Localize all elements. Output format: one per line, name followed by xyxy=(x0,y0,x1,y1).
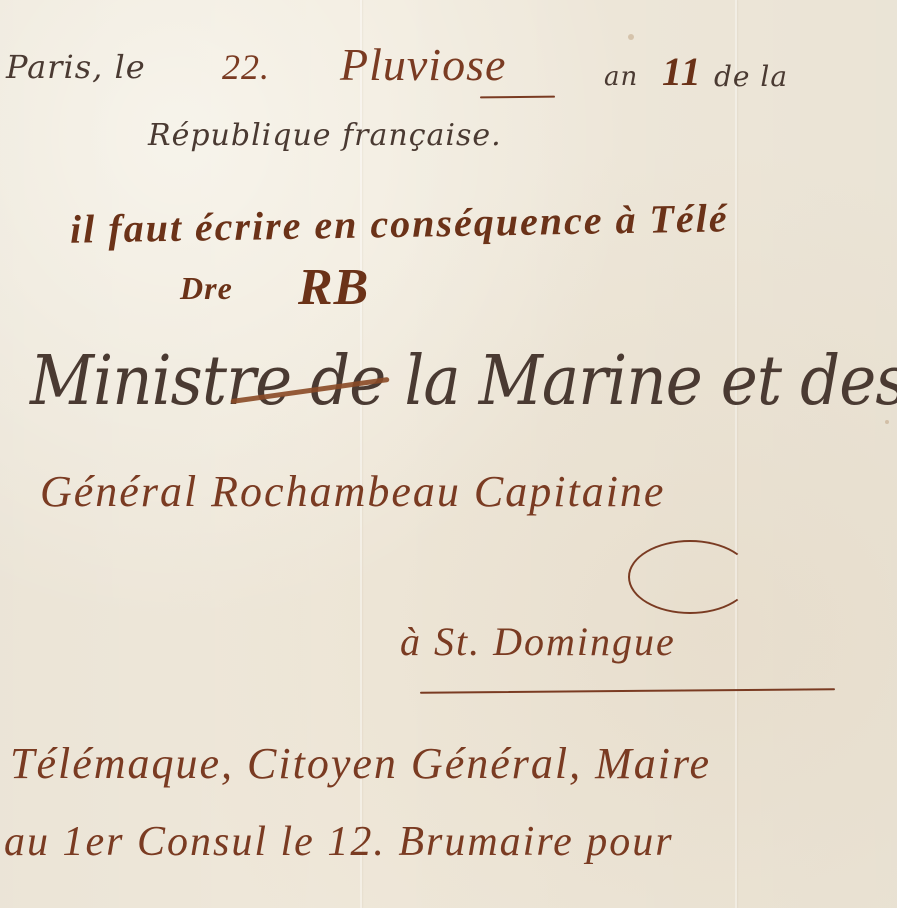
month-underline xyxy=(480,96,555,99)
ministry-letterhead: Ministre de la Marine et des Colon xyxy=(30,342,897,421)
date-month: Pluviose xyxy=(340,38,506,91)
paper-stain xyxy=(628,34,634,40)
republic-line: République française. xyxy=(148,118,502,153)
body-line-1: Télémaque, Citoyen Général, Maire xyxy=(10,738,711,789)
year-prefix: an xyxy=(604,62,638,92)
annotation-initials-prefix: Dre xyxy=(180,270,233,307)
place-date-prefix: Paris, le xyxy=(6,48,146,86)
paper-crease xyxy=(735,0,737,908)
destination-underline xyxy=(420,688,835,694)
address-destination: à St. Domingue xyxy=(400,618,676,665)
date-day: 22. xyxy=(222,46,270,88)
year-number: 11 xyxy=(662,48,702,95)
body-line-2: au 1er Consul le 12. Brumaire pour xyxy=(4,818,674,866)
annotation-initials: RB xyxy=(298,258,369,317)
address-recipient: Général Rochambeau Capitaine xyxy=(40,466,665,517)
year-suffix: de la xyxy=(714,60,788,93)
flourish-capital-c xyxy=(628,540,752,614)
annotation-text: il faut écrire en conséquence à Télé xyxy=(70,194,729,252)
